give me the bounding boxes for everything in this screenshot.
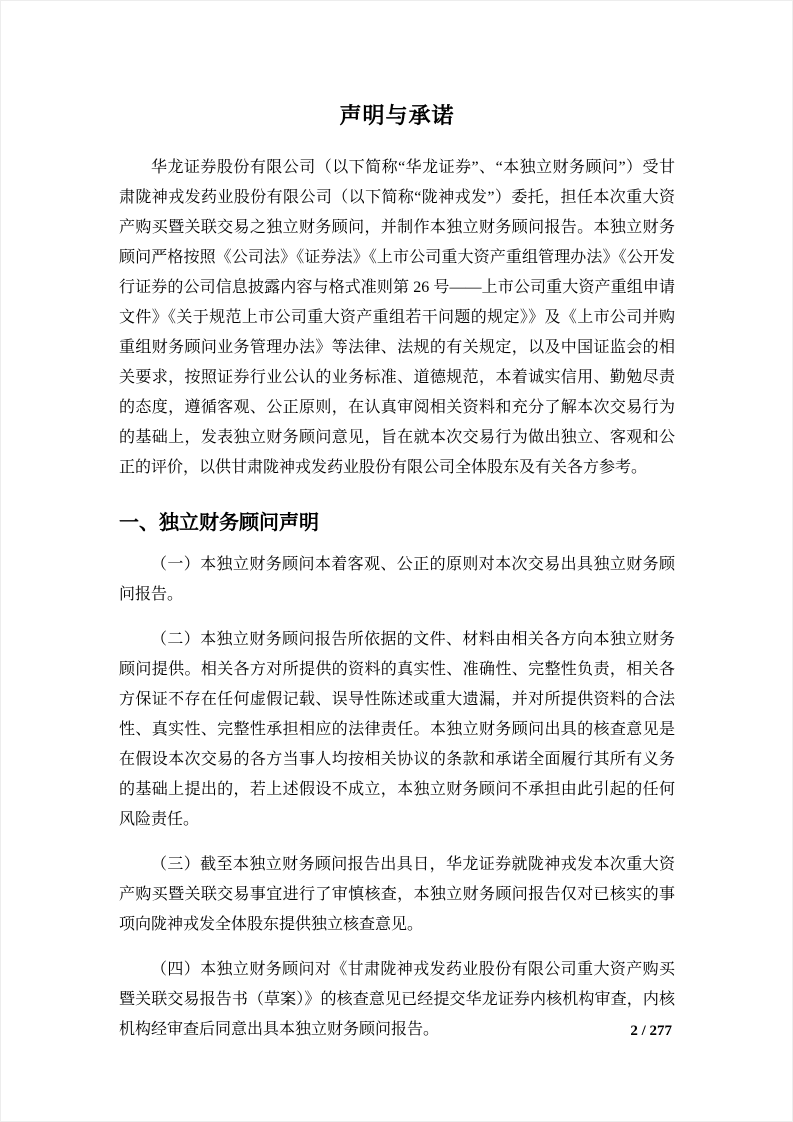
section-heading-independent-financial-advisor-statement: 一、独立财务顾问声明 <box>119 511 675 535</box>
page-number: 2 / 277 <box>630 1023 672 1040</box>
statement-paragraph-2: （二）本独立财务顾问报告所依据的文件、材料由相关各方向本独立财务顾问提供。相关各… <box>119 625 675 835</box>
statement-paragraph-1: （一）本独立财务顾问本着客观、公正的原则对本次交易出具独立财务顾问报告。 <box>119 550 675 610</box>
document-title: 声明与承诺 <box>119 103 675 129</box>
intro-paragraph: 华龙证券股份有限公司（以下简称“华龙证券”、“本独立财务顾问”）受甘肃陇神戎发药… <box>119 153 675 483</box>
document-page: 声明与承诺 华龙证券股份有限公司（以下简称“华龙证券”、“本独立财务顾问”）受甘… <box>0 0 793 1122</box>
statement-paragraph-4: （四）本独立财务顾问对《甘肃陇神戎发药业股份有限公司重大资产购买暨关联交易报告书… <box>119 955 675 1045</box>
statement-paragraph-3: （三）截至本独立财务顾问报告出具日，华龙证券就陇神戎发本次重大资产购买暨关联交易… <box>119 850 675 940</box>
